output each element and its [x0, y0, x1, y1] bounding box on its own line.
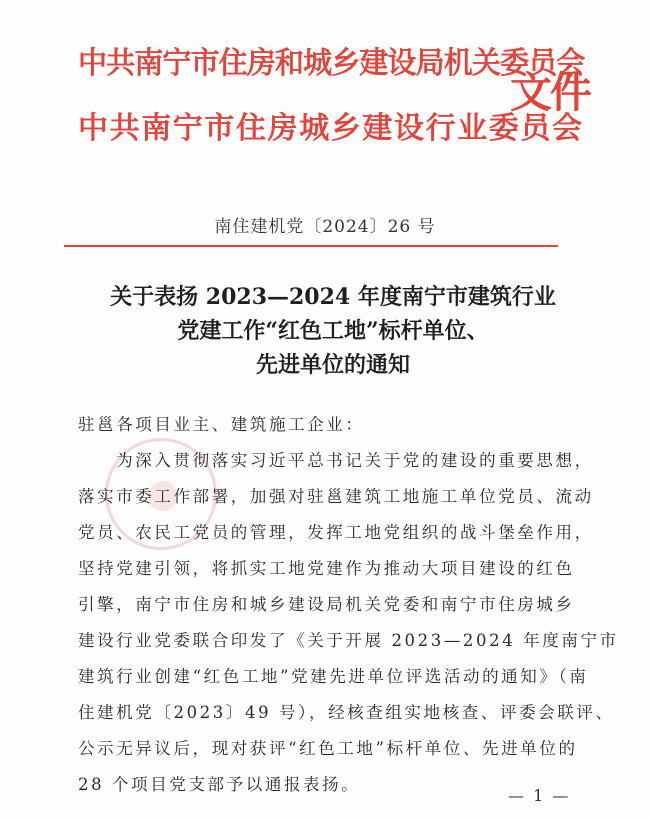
body-line: 引擎，南宁市住房和城乡建设局机关党委和南宁市住房城乡 — [78, 591, 575, 615]
body-line: 28 个项目党支部予以通报表扬。 — [78, 771, 360, 795]
doc-title-line-2: 党建工作“红色工地”标杆单位、 — [8, 314, 650, 345]
body-line: 坚持党建引领，将抓实工地党建作为推动大项目建设的红色 — [78, 555, 575, 579]
document-page: 中共南宁市住房和城乡建设局机关委员会 中共南宁市住房城乡建设行业委员会 文件 南… — [0, 0, 650, 818]
page-number: — 1 — — [508, 786, 570, 805]
red-divider — [64, 245, 558, 247]
body-line: 住建机党〔2023〕49 号），经核查组实地核查、评委会联评、 — [78, 699, 615, 723]
salutation: 驻邕各项目业主、建筑施工企业： — [78, 411, 365, 435]
doc-title-line-1: 关于表扬 2023—2024 年度南宁市建筑行业 — [8, 280, 650, 311]
body-line: 为深入贯彻落实习近平总书记关于党的建设的重要思想， — [78, 447, 594, 471]
issuing-org-2: 中共南宁市住房城乡建设行业委员会 — [78, 103, 584, 147]
doc-number: 南住建机党〔2024〕26 号 — [0, 212, 650, 237]
issuing-org-1: 中共南宁市住房和城乡建设局机关委员会 — [78, 38, 584, 82]
doc-type-label: 文件 — [510, 60, 590, 120]
body-line: 建筑行业创建“红色工地”党建先进单位评选活动的通知》（南 — [78, 663, 588, 687]
doc-title-line-3: 先进单位的通知 — [8, 348, 650, 379]
body-line: 公示无异议后，现对获评“红色工地”标杆单位、先进单位的 — [78, 735, 578, 759]
body-line: 建设行业党委联合印发了《关于开展 2023—2024 年度南宁市 — [78, 627, 619, 651]
body-line: 落实市委工作部署，加强对驻邕建筑工地施工单位党员、流动 — [78, 483, 594, 507]
body-line: 党员、农民工党员的管理，发挥工地党组织的战斗堡垒作用， — [78, 519, 594, 543]
